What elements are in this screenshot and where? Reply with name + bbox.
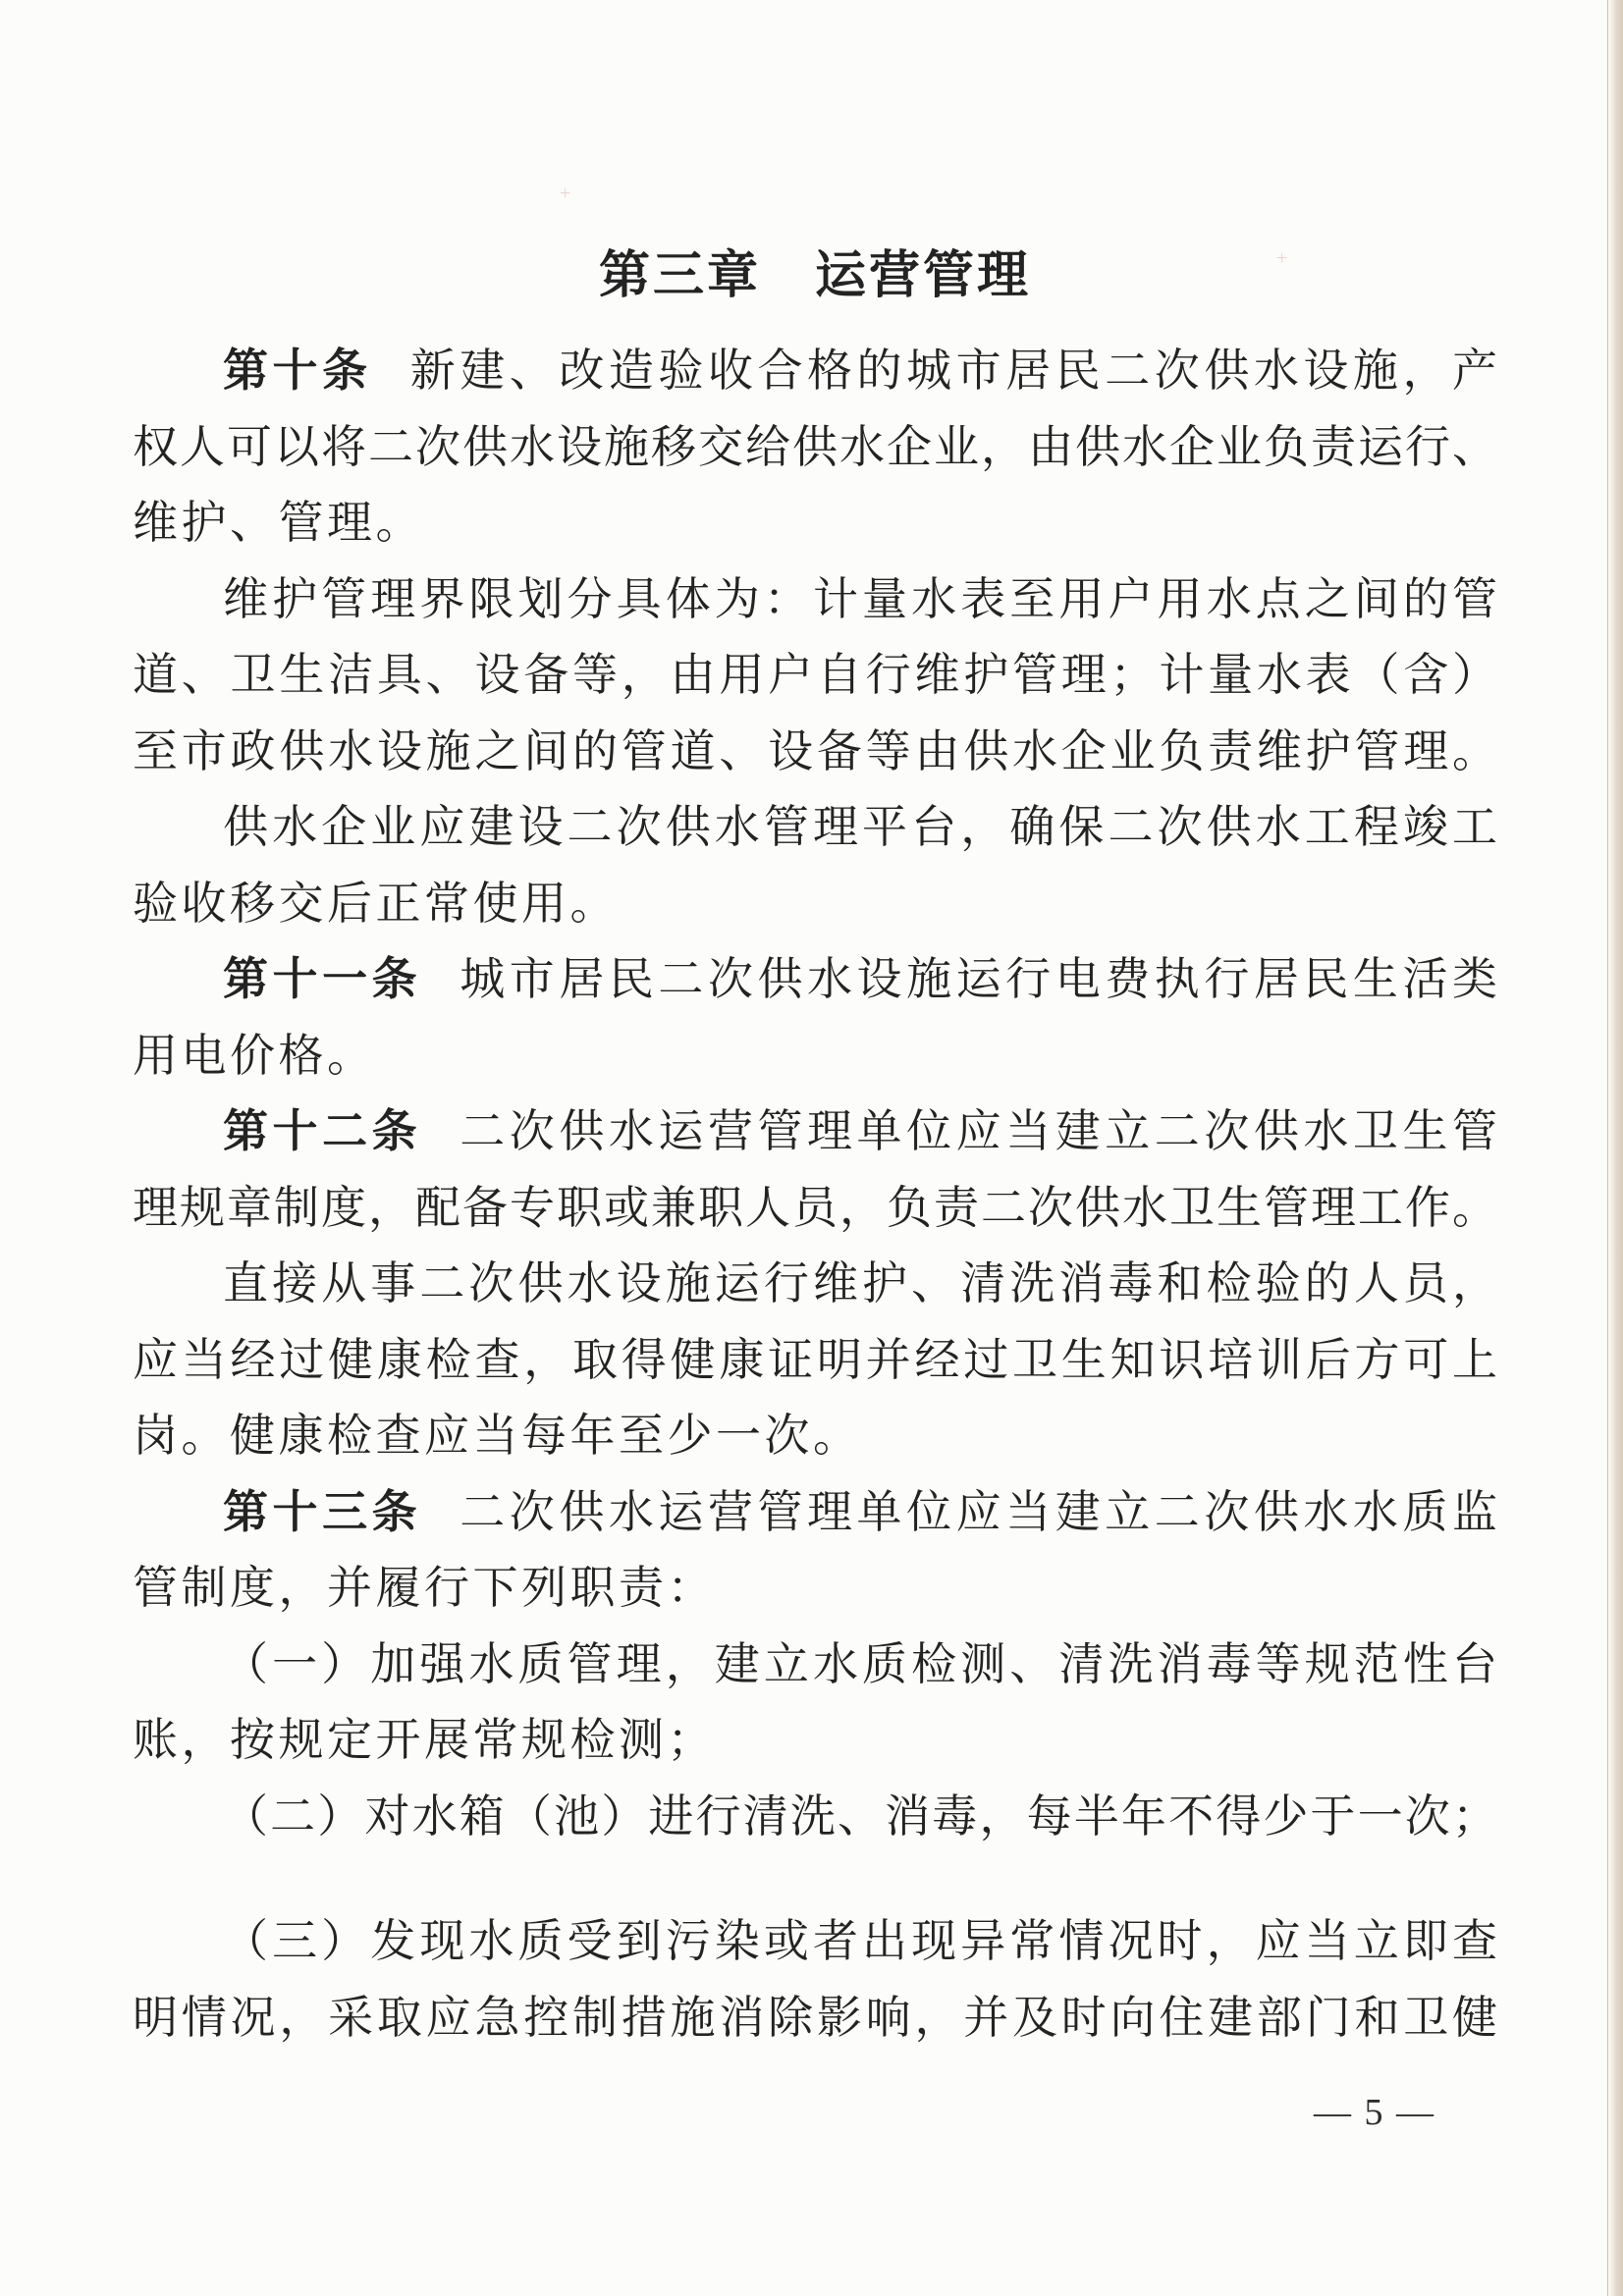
text-line: 第十二条二次供水运营管理单位应当建立二次供水卫生管 bbox=[133, 1094, 1497, 1170]
line-text: 二次供水运营管理单位应当建立二次供水卫生管 bbox=[460, 1106, 1497, 1156]
line-text: 道、卫生洁具、设备等，由用户自行维护管理；计量水表（含） bbox=[133, 650, 1497, 700]
line-text: 账，按规定开展常规检测； bbox=[133, 1715, 716, 1765]
document-page: 第三章 运营管理 第十条新建、改造验收合格的城市居民二次供水设施，产 权人可以将… bbox=[0, 0, 1623, 2296]
text-line: 至市政供水设施之间的管道、设备等由供水企业负责维护管理。 bbox=[133, 714, 1497, 790]
scan-edge-artifact bbox=[1607, 0, 1623, 2296]
article-number: 第十一条 bbox=[223, 954, 421, 1004]
article-number: 第十二条 bbox=[223, 1106, 421, 1156]
chapter-title: 第三章 运营管理 bbox=[133, 247, 1497, 306]
line-text: 新建、改造验收合格的城市居民二次供水设施，产 bbox=[410, 346, 1497, 396]
text-line: 第十条新建、改造验收合格的城市居民二次供水设施，产 bbox=[133, 333, 1497, 409]
text-line: 明情况，采取应急控制措施消除影响，并及时向住建部门和卫健 bbox=[133, 1980, 1497, 2056]
text-line: 验收移交后正常使用。 bbox=[133, 866, 1497, 942]
text-line: 应当经过健康检查，取得健康证明并经过卫生知识培训后方可上 bbox=[133, 1322, 1497, 1399]
text-line: 第十三条二次供水运营管理单位应当建立二次供水水质监 bbox=[133, 1474, 1497, 1551]
line-text: （二）对水箱（池）进行清洗、消毒，每半年不得少于一次； bbox=[223, 1791, 1497, 1842]
line-text: 岗。健康检查应当每年至少一次。 bbox=[133, 1411, 862, 1461]
line-text: 二次供水运营管理单位应当建立二次供水水质监 bbox=[460, 1487, 1497, 1537]
text-line: （三）发现水质受到污染或者出现异常情况时，应当立即查 bbox=[133, 1903, 1497, 1980]
line-text: 直接从事二次供水设施运行维护、清洗消毒和检验的人员， bbox=[223, 1258, 1497, 1308]
text-line: 管制度，并履行下列职责： bbox=[133, 1550, 1497, 1627]
text-line: 道、卫生洁具、设备等，由用户自行维护管理；计量水表（含） bbox=[133, 637, 1497, 714]
line-text: 至市政供水设施之间的管道、设备等由供水企业负责维护管理。 bbox=[133, 726, 1497, 776]
text-line: （一）加强水质管理，建立水质检测、清洗消毒等规范性台 bbox=[133, 1627, 1497, 1703]
article-number: 第十条 bbox=[223, 346, 372, 396]
scan-speck bbox=[560, 183, 570, 205]
line-text: 供水企业应建设二次供水管理平台，确保二次供水工程竣工 bbox=[223, 802, 1497, 852]
text-line: 权人可以将二次供水设施移交给供水企业，由供水企业负责运行、 bbox=[133, 409, 1497, 486]
text-line: 维护、管理。 bbox=[133, 485, 1497, 561]
text-line: 维护管理界限划分具体为：计量水表至用户用水点之间的管 bbox=[133, 561, 1497, 638]
line-text: 维护管理界限划分具体为：计量水表至用户用水点之间的管 bbox=[223, 574, 1497, 624]
text-line: 岗。健康检查应当每年至少一次。 bbox=[133, 1398, 1497, 1474]
article-number: 第十三条 bbox=[223, 1487, 421, 1537]
page-number: — 5 — bbox=[1314, 2091, 1435, 2134]
text-line: 直接从事二次供水设施运行维护、清洗消毒和检验的人员， bbox=[133, 1246, 1497, 1322]
text-line: 供水企业应建设二次供水管理平台，确保二次供水工程竣工 bbox=[133, 789, 1497, 866]
document-body: 第三章 运营管理 第十条新建、改造验收合格的城市居民二次供水设施，产 权人可以将… bbox=[133, 247, 1497, 2056]
line-text: （一）加强水质管理，建立水质检测、清洗消毒等规范性台 bbox=[223, 1639, 1497, 1689]
line-text: 权人可以将二次供水设施移交给供水企业，由供水企业负责运行、 bbox=[133, 422, 1497, 472]
text-line: 账，按规定开展常规检测； bbox=[133, 1702, 1497, 1779]
line-text: 应当经过健康检查，取得健康证明并经过卫生知识培训后方可上 bbox=[133, 1335, 1497, 1385]
line-text: 城市居民二次供水设施运行电费执行居民生活类 bbox=[460, 954, 1497, 1004]
line-text: 验收移交后正常使用。 bbox=[133, 879, 619, 929]
line-text: 明情况，采取应急控制措施消除影响，并及时向住建部门和卫健 bbox=[133, 1993, 1497, 2043]
line-text: 用电价格。 bbox=[133, 1031, 376, 1081]
text-line: 理规章制度，配备专职或兼职人员，负责二次供水卫生管理工作。 bbox=[133, 1170, 1497, 1247]
line-text: 理规章制度，配备专职或兼职人员，负责二次供水卫生管理工作。 bbox=[133, 1183, 1497, 1233]
line-text: 维护、管理。 bbox=[133, 498, 424, 548]
text-line: 第十一条城市居民二次供水设施运行电费执行居民生活类 bbox=[133, 941, 1497, 1018]
line-text: 管制度，并履行下列职责： bbox=[133, 1563, 716, 1613]
text-line: （二）对水箱（池）进行清洗、消毒，每半年不得少于一次； bbox=[133, 1779, 1497, 1855]
scan-speck bbox=[1276, 247, 1287, 270]
text-line: 用电价格。 bbox=[133, 1018, 1497, 1095]
line-text: （三）发现水质受到污染或者出现异常情况时，应当立即查 bbox=[223, 1916, 1497, 1966]
